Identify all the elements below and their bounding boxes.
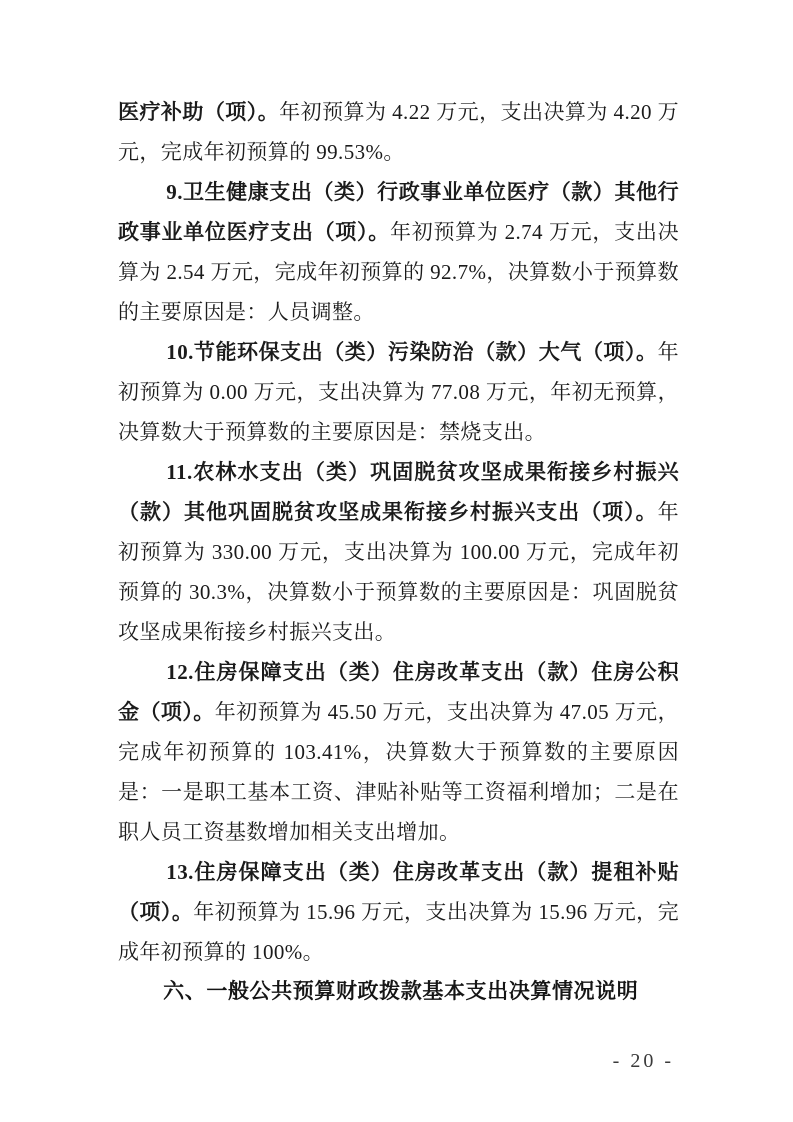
expense-item-13-paragraph: 13.住房保障支出（类）住房改革支出（款）提租补贴（项）。年初预算为 15.96… [118, 852, 679, 972]
detail-text: 年初预算为 15.96 万元，支出决算为 15.96 万元，完成年初预算的 10… [118, 900, 679, 964]
expense-item-10-paragraph: 10.节能环保支出（类）污染防治（款）大气（项）。年初预算为 0.00 万元，支… [118, 332, 679, 452]
classification-bold-text: 医疗补助（项）。 [118, 100, 279, 124]
section-six-heading: 六、一般公共预算财政拨款基本支出决算情况说明 [118, 972, 679, 1012]
page-body-text: 医疗补助（项）。年初预算为 4.22 万元，支出决算为 4.20 万元，完成年初… [118, 92, 679, 1012]
classification-bold-text: 11.农林水支出（类）巩固脱贫攻坚成果衔接乡村振兴（款）其他巩固脱贫攻坚成果衔接… [118, 460, 679, 524]
page-number: - 20 - [613, 1050, 674, 1073]
expense-item-12-paragraph: 12.住房保障支出（类）住房改革支出（款）住房公积金（项）。年初预算为 45.5… [118, 652, 679, 852]
classification-bold-text: 10.节能环保支出（类）污染防治（款）大气（项）。 [166, 340, 657, 364]
document-page: 医疗补助（项）。年初预算为 4.22 万元，支出决算为 4.20 万元，完成年初… [0, 0, 793, 1122]
continuation-paragraph-medical-subsidy: 医疗补助（项）。年初预算为 4.22 万元，支出决算为 4.20 万元，完成年初… [118, 92, 679, 172]
expense-item-9-paragraph: 9.卫生健康支出（类）行政事业单位医疗（款）其他行政事业单位医疗支出（项）。年初… [118, 172, 679, 332]
expense-item-11-paragraph: 11.农林水支出（类）巩固脱贫攻坚成果衔接乡村振兴（款）其他巩固脱贫攻坚成果衔接… [118, 452, 679, 652]
